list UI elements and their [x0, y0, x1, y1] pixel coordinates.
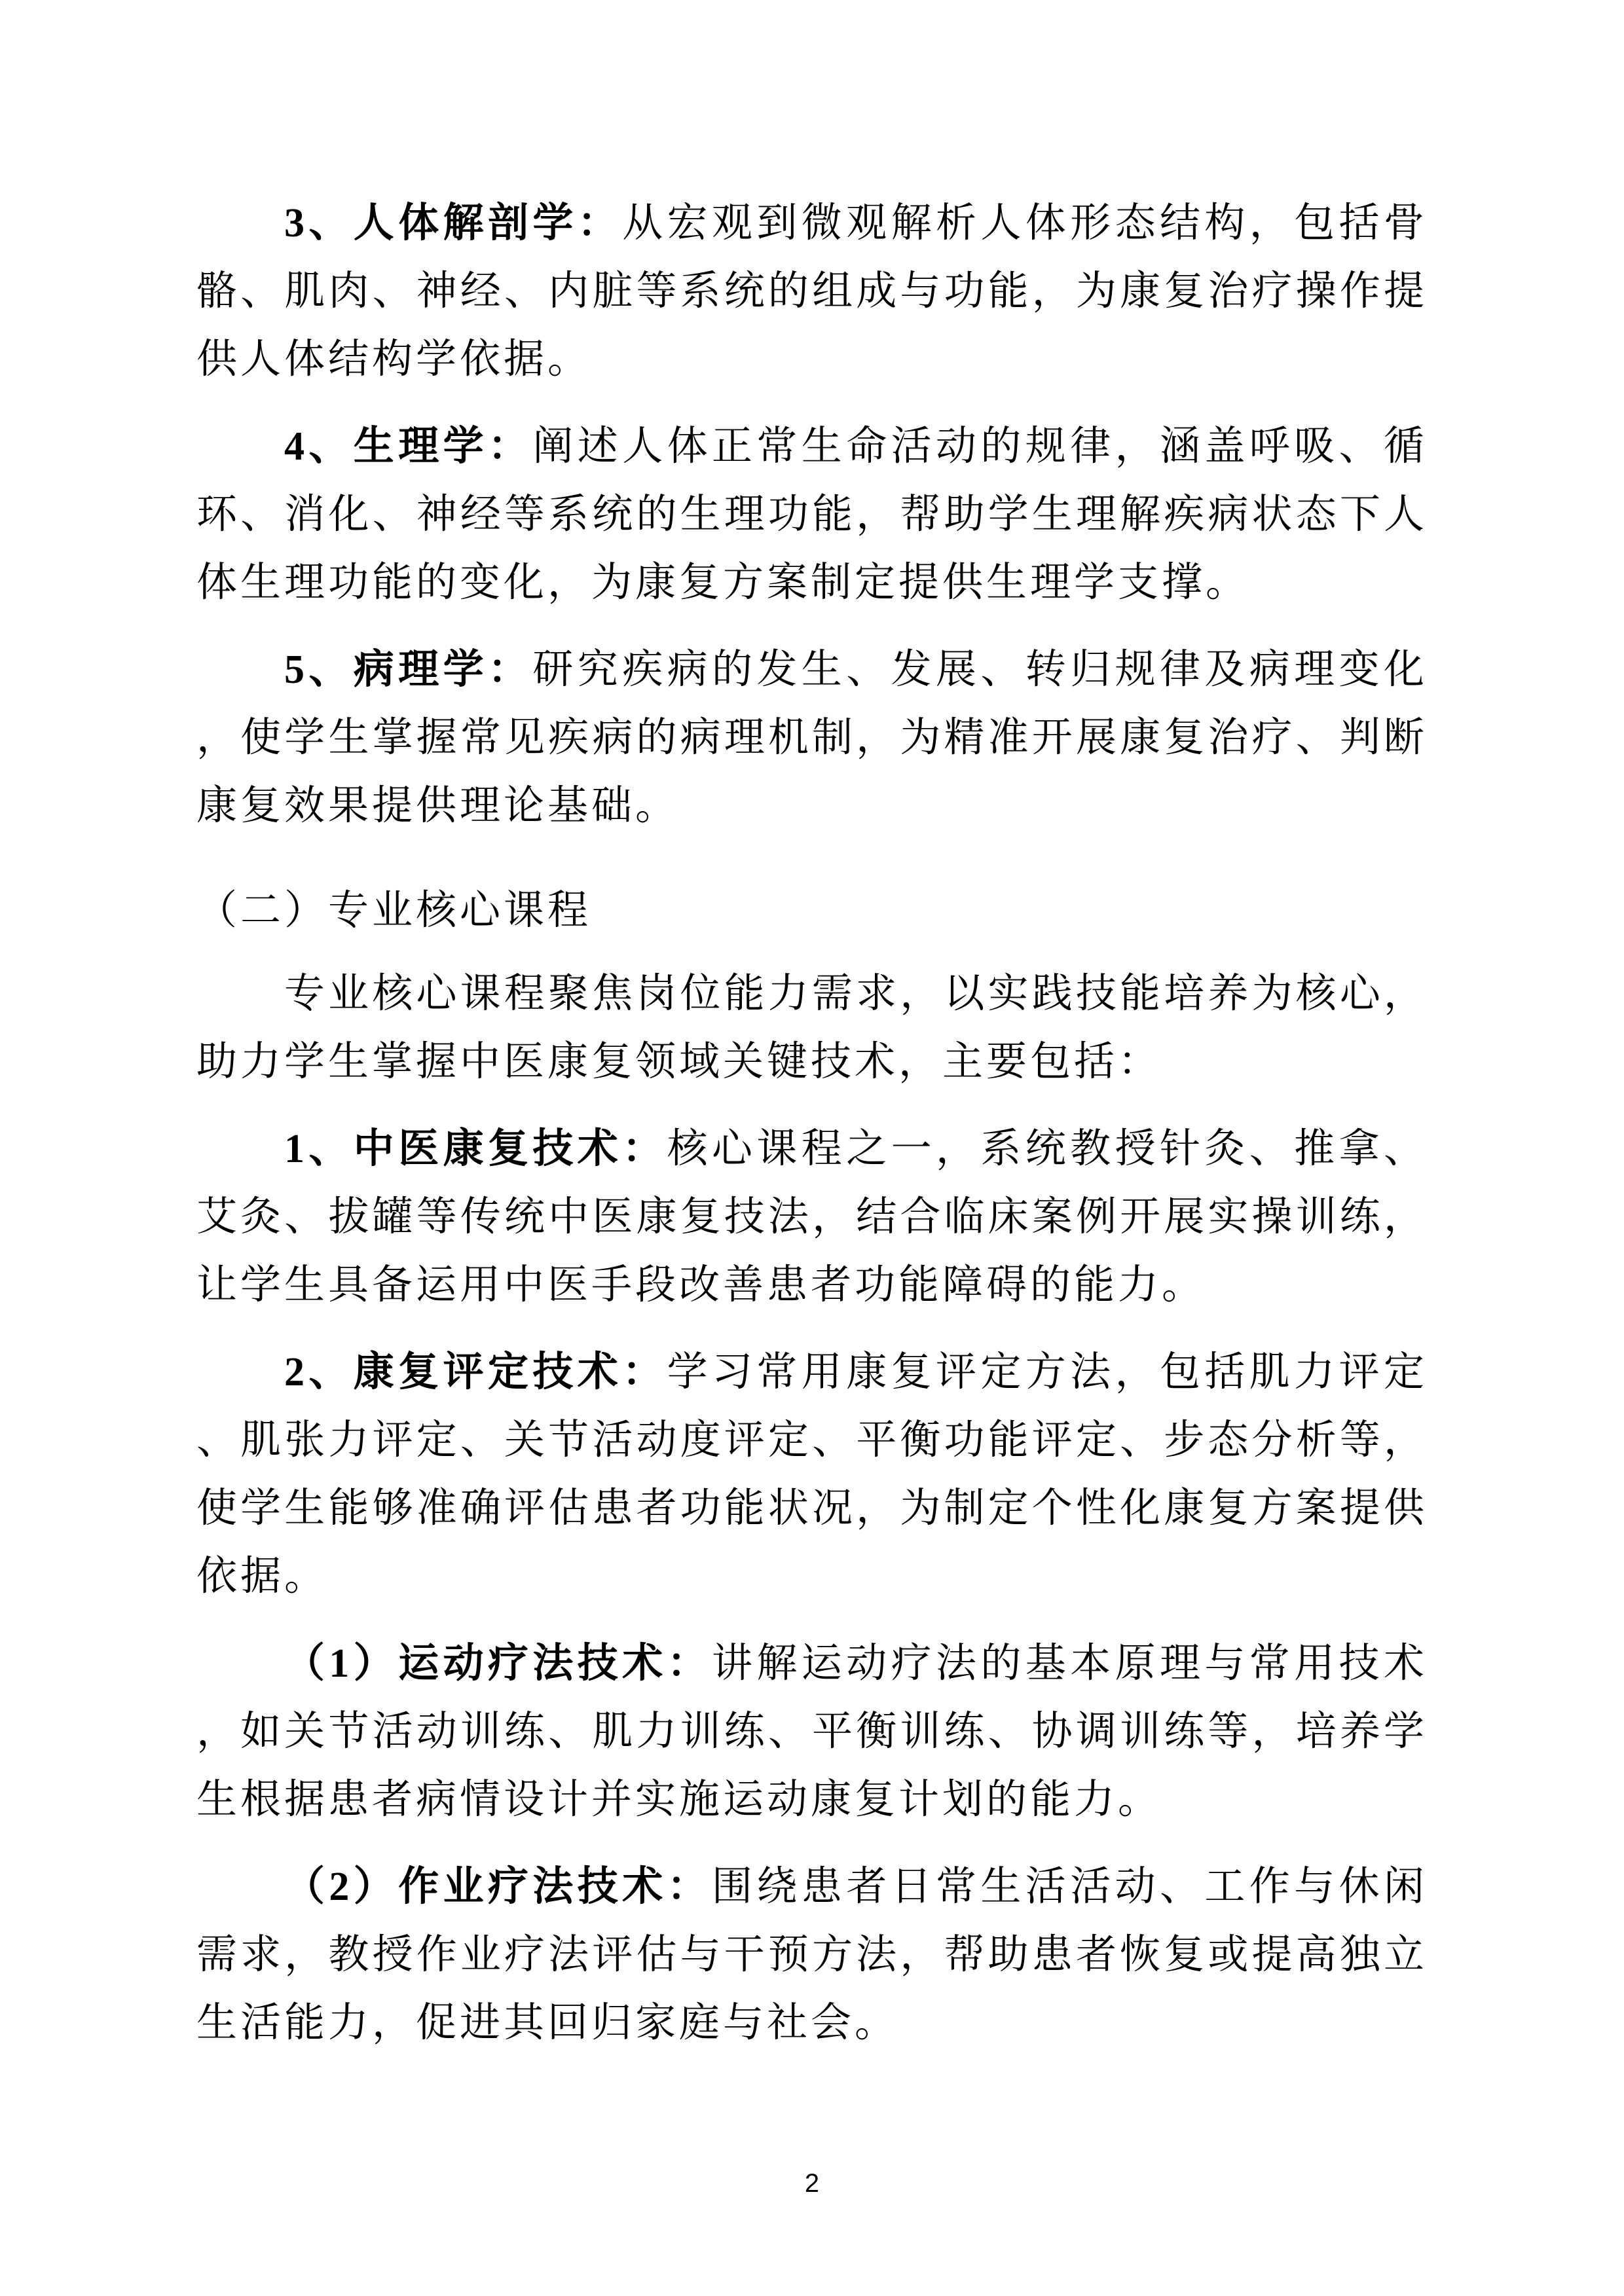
paragraph-core-courses-intro: 专业核心课程聚焦岗位能力需求，以实践技能培养为核心，助力学生掌握中医康复领域关键…: [196, 960, 1428, 1096]
paragraph-occupational-therapy: （2）作业疗法技术：围绕患者日常生活活动、工作与休闲需求，教授作业疗法评估与干预…: [196, 1853, 1428, 2057]
term-label-tcm-rehab-tech: 1、中医康复技术：: [284, 1127, 667, 1171]
paragraph-anatomy: 3、人体解剖学：从宏观到微观解析人体形态结构，包括骨骼、肌肉、神经、内脏等系统的…: [196, 189, 1428, 393]
document-page: 3、人体解剖学：从宏观到微观解析人体形态结构，包括骨骼、肌肉、神经、内脏等系统的…: [0, 0, 1624, 2296]
term-label-physiology: 4、生理学：: [284, 424, 532, 469]
paragraph-tcm-rehab-tech: 1、中医康复技术：核心课程之一，系统教授针灸、推拿、艾灸、拔罐等传统中医康复技法…: [196, 1115, 1428, 1319]
term-label-anatomy: 3、人体解剖学：: [284, 201, 622, 246]
term-label-sports-therapy: （1）运动疗法技术：: [284, 1641, 712, 1686]
term-label-occupational-therapy: （2）作业疗法技术：: [284, 1865, 712, 1909]
term-label-pathology: 5、病理学：: [284, 647, 532, 692]
section-heading-core-courses: （二）专业核心课程: [196, 877, 1428, 945]
page-number: 2: [0, 2168, 1624, 2199]
paragraph-sports-therapy: （1）运动疗法技术：讲解运动疗法的基本原理与常用技术，如关节活动训练、肌力训练、…: [196, 1630, 1428, 1834]
term-label-rehab-assessment: 2、康复评定技术：: [284, 1350, 667, 1394]
paragraph-physiology: 4、生理学：阐述人体正常生命活动的规律，涵盖呼吸、循环、消化、神经等系统的生理功…: [196, 412, 1428, 617]
document-body: 3、人体解剖学：从宏观到微观解析人体形态结构，包括骨骼、肌肉、神经、内脏等系统的…: [196, 189, 1428, 2076]
paragraph-text-core-courses-intro: 专业核心课程聚焦岗位能力需求，以实践技能培养为核心，助力学生掌握中医康复领域关键…: [196, 972, 1428, 1084]
paragraph-pathology: 5、病理学：研究疾病的发生、发展、转归规律及病理变化，使学生掌握常见疾病的病理机…: [196, 636, 1428, 840]
paragraph-rehab-assessment: 2、康复评定技术：学习常用康复评定方法，包括肌力评定、肌张力评定、关节活动度评定…: [196, 1338, 1428, 1611]
